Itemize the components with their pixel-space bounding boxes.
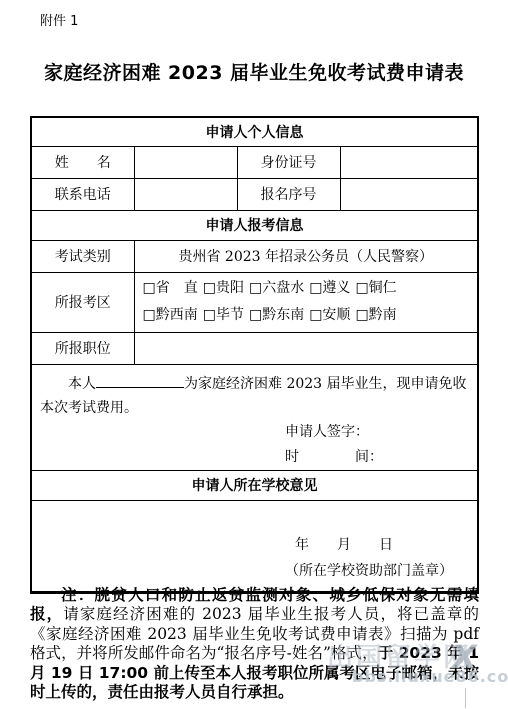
id-number-label: 身份证号 <box>237 146 340 178</box>
exam-area-options: □省 直□贵阳□六盘水□遵义□铜仁 □黔西南□毕节□黔东南□安顺□黔南 <box>134 272 478 332</box>
section-header-personal-info: 申请人个人信息 <box>31 117 478 146</box>
registration-number-label: 报名序号 <box>237 178 340 210</box>
checkbox-tongren: □铜仁 <box>355 275 396 302</box>
exam-type-label: 考试类别 <box>31 240 134 272</box>
school-opinion-cell: 年 月 日 （所在学校资助部门盖章） <box>31 500 478 592</box>
table-row: 申请人个人信息 <box>31 117 478 146</box>
declaration-prefix: 本人 <box>68 376 96 392</box>
applicant-signature-label: 申请人签字： <box>285 420 469 445</box>
checkbox-zunyi: □遵义 <box>309 275 350 302</box>
phone-label: 联系电话 <box>31 178 134 210</box>
name-field <box>134 146 237 178</box>
checkbox-guiyang: □贵阳 <box>203 275 244 302</box>
date-line: 年 月 日 <box>32 533 477 557</box>
position-field <box>134 332 478 364</box>
table-row: 考试类别 贵州省 2023 年招录公务员（人民警察） <box>31 240 478 272</box>
watermark-domain: bbs.liuxue86.com <box>352 667 508 686</box>
table-row: 姓 名 身份证号 <box>31 146 478 178</box>
section-header-exam-info: 申请人报考信息 <box>31 210 478 240</box>
table-row: 联系电话 报名序号 <box>31 178 478 210</box>
area-options-line1: □省 直□贵阳□六盘水□遵义□铜仁 <box>143 275 472 302</box>
table-row: 申请人报考信息 <box>31 210 478 240</box>
signature-time-label: 时 间： <box>285 445 469 470</box>
checkbox-liupanshui: □六盘水 <box>249 275 304 302</box>
table-row: 所报考区 □省 直□贵阳□六盘水□遵义□铜仁 □黔西南□毕节□黔东南□安顺□黔南 <box>31 272 478 332</box>
table-row: 申请人所在学校意见 <box>31 470 478 500</box>
area-options-line2: □黔西南□毕节□黔东南□安顺□黔南 <box>143 302 472 329</box>
declaration-cell: 本人为家庭经济困难 2023 届毕业生，现申请免收本次考试费用。 申请人签字： … <box>31 364 478 470</box>
table-row: 本人为家庭经济困难 2023 届毕业生，现申请免收本次考试费用。 申请人签字： … <box>31 364 478 470</box>
exam-type-value: 贵州省 2023 年招录公务员（人民警察） <box>134 240 478 272</box>
table-row: 所报职位 <box>31 332 478 364</box>
document-page: 附件 1 家庭经济困难 2023 届毕业生免收考试费申请表 申请人个人信息 姓 … <box>0 0 508 709</box>
position-label: 所报职位 <box>31 332 134 364</box>
section-header-school-opinion: 申请人所在学校意见 <box>31 470 478 500</box>
phone-field <box>134 178 237 210</box>
stamp-line: （所在学校资助部门盖章） <box>32 557 477 585</box>
checkbox-qiannan: □黔南 <box>355 302 396 329</box>
checkbox-anshun: □安顺 <box>309 302 350 329</box>
declaration-blank <box>96 374 184 388</box>
table-row: 年 月 日 （所在学校资助部门盖章） <box>31 500 478 592</box>
checkbox-qianxinan: □黔西南 <box>143 302 198 329</box>
application-form-table: 申请人个人信息 姓 名 身份证号 联系电话 报名序号 申请人报考信息 考试类别 … <box>30 116 479 594</box>
checkbox-bijie: □毕节 <box>203 302 244 329</box>
checkbox-province-direct: □省 直 <box>143 275 198 302</box>
declaration-text: 本人为家庭经济困难 2023 届毕业生，现申请免收本次考试费用。 <box>40 372 469 420</box>
page-title: 家庭经济困难 2023 届毕业生免收考试费申请表 <box>0 58 508 85</box>
attachment-label: 附件 1 <box>40 10 78 29</box>
name-label: 姓 名 <box>31 146 134 178</box>
registration-number-field <box>340 178 478 210</box>
checkbox-qiandongnan: □黔东南 <box>249 302 304 329</box>
id-number-field <box>340 146 478 178</box>
watermark-tick-mark <box>465 688 466 708</box>
exam-area-label: 所报考区 <box>31 272 134 332</box>
